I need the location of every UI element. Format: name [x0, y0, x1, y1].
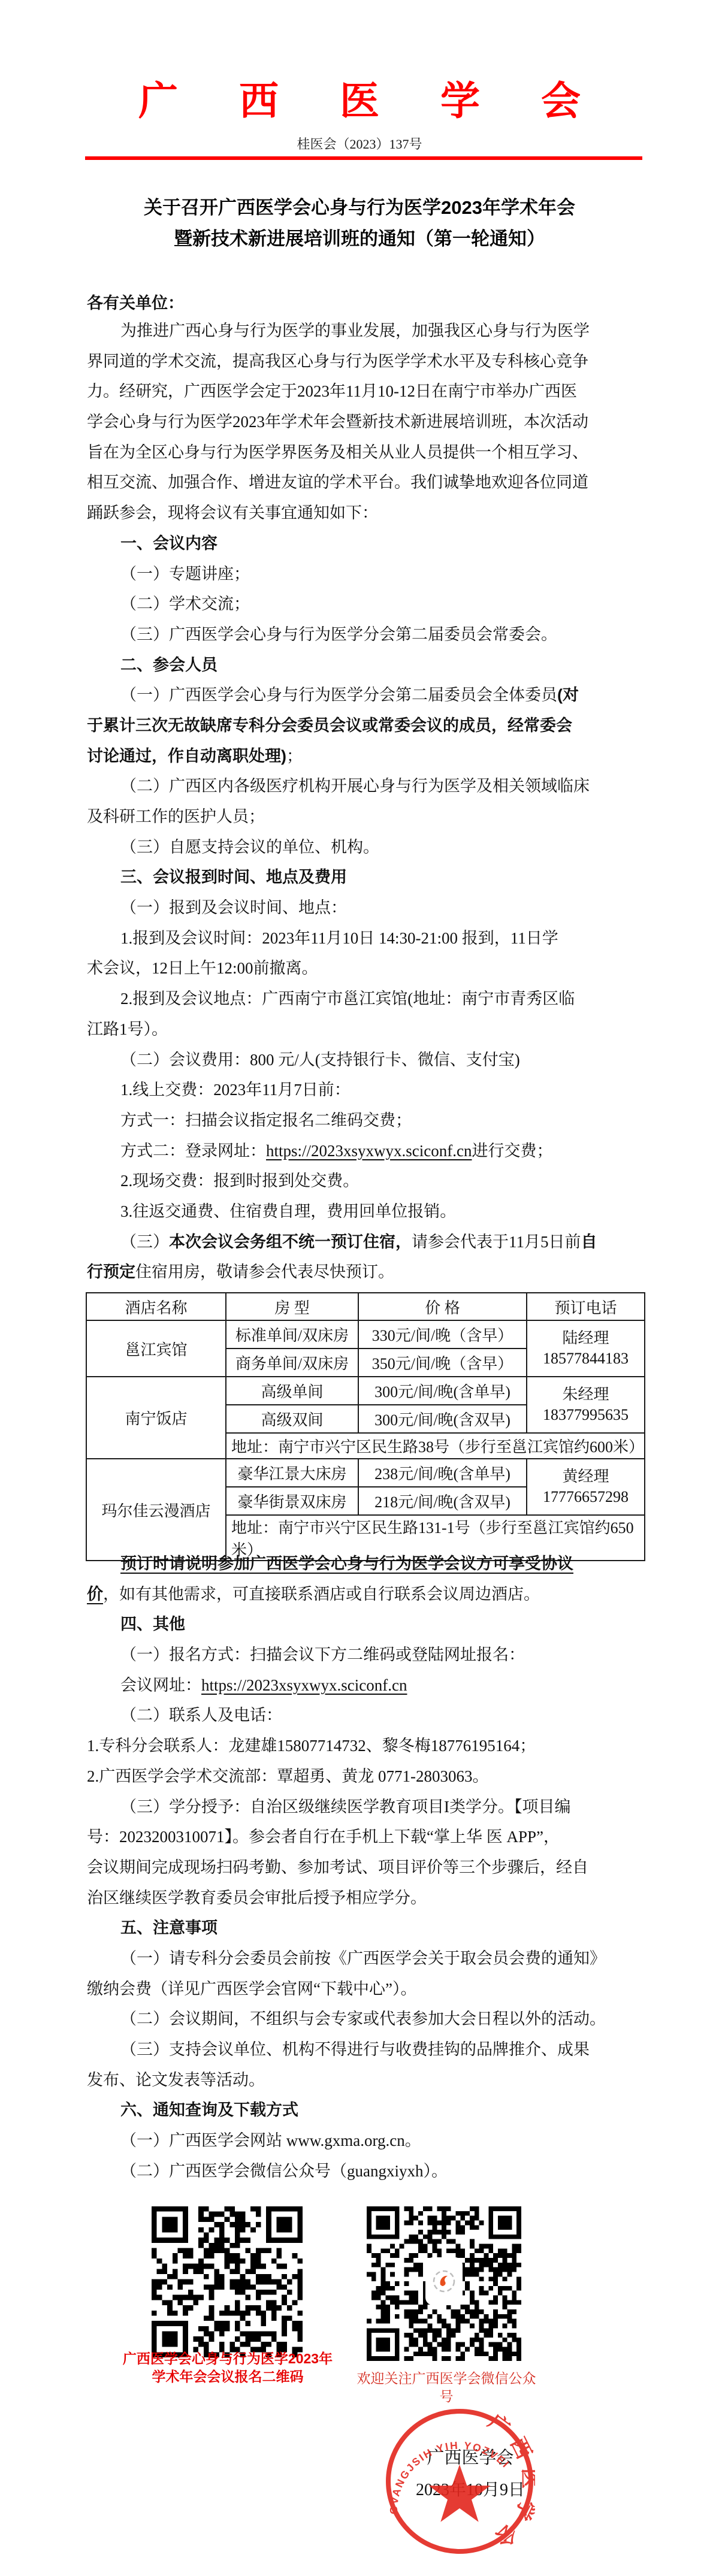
- text-segment: 为推进广西心身与行为医学的事业发展，加强我区心身与行为医学: [120, 322, 590, 340]
- seal-star-icon: [429, 2465, 491, 2522]
- body-line: （一）广西医学会心身与行为医学分会第二届委员会全体委员(对: [87, 680, 680, 710]
- letterhead: 广西医学会: [0, 79, 719, 122]
- conference-url-link[interactable]: https://2023xsyxwyx.sciconf.cn: [266, 1142, 472, 1160]
- room-type-cell: 高级双间: [226, 1405, 358, 1433]
- hotel-name-cell: 南宁饭店: [86, 1377, 226, 1459]
- room-type-cell: 高级单间: [226, 1377, 358, 1405]
- text-segment: 请参会代表于11月5日前: [412, 1233, 581, 1251]
- text-segment: （一）广西医学会网站 www.gxma.org.cn。: [120, 2131, 421, 2149]
- notice-title-line1: 关于召开广西医学会心身与行为医学2023年学术年会: [0, 192, 719, 223]
- body-line: 价，如有其他需求，可直接联系酒店或自行联系会议周边酒店。: [87, 1579, 680, 1610]
- body-line: （二）广西区内各级医疗机构开展心身与行为医学及相关领域临床: [87, 771, 680, 802]
- body-line: 力。经研究，广西医学会定于2023年11月10-12日在南宁市举办广西医: [87, 376, 680, 407]
- body-line: （一）报到及会议时间、地点：: [87, 893, 680, 923]
- text-segment: 方式一：扫描会议指定报名二维码交费；: [120, 1111, 412, 1129]
- body-line: 学会心身与行为医学2023年学术年会暨新技术新进展培训班，本次活动: [87, 407, 680, 437]
- body-line: 缴纳会费（详见广西医学会官网“下载中心”）。: [87, 1974, 680, 2004]
- text-segment: 方式二：登录网址：: [120, 1142, 266, 1160]
- text-segment: （一）报名方式：扫描会议下方二维码或登陆网址报名：: [120, 1646, 525, 1664]
- text-segment: 会议期间完成现场扫码考勤、参加考试、项目评价等三个步骤后，经自: [87, 1858, 588, 1876]
- table-header-row: 酒店名称房 型价 格预订电话: [86, 1293, 645, 1320]
- room-price-cell: 300元/间/晚(含双早): [358, 1405, 527, 1433]
- body-line: 相互交流、加强合作、增进友谊的学术平台。我们诚挚地欢迎各位同道: [87, 467, 680, 498]
- contact-name: 陆经理: [527, 1328, 644, 1349]
- text-segment: ；: [286, 747, 303, 765]
- text-segment: 发布、论文发表等活动。: [87, 2071, 265, 2089]
- text-segment: 缴纳会费（详见广西医学会官网“下载中心”）。: [87, 1980, 416, 1998]
- text-segment: 1.报到及会议时间：2023年11月10日 14:30-21:00 报到，11日…: [120, 929, 558, 947]
- body-line: 旨在为全区心身与行为医学界医务及相关从业人员提供一个相互学习、: [87, 437, 680, 468]
- body-section-2: 预订时请说明参加广西医学会心身与行为医学会议方可享受协议价，如有其他需求，可直接…: [87, 1549, 680, 2186]
- body-line: 踊跃参会，现将会议有关事宜通知如下：: [87, 498, 680, 528]
- contact-cell: 黄经理17776657298: [527, 1459, 645, 1515]
- table-row: 南宁饭店高级单间300元/间/晚(含单早)朱经理18377995635: [86, 1377, 645, 1405]
- room-price-cell: 350元/间/晚（含早）: [358, 1349, 527, 1377]
- text-segment: 江路1号）。: [87, 1020, 168, 1038]
- text-segment: 三、会议报到时间、地点及费用: [120, 868, 347, 886]
- body-line: 预订时请说明参加广西医学会心身与行为医学会议方可享受协议: [87, 1549, 680, 1579]
- text-segment: ，如有其他需求，可直接联系酒店或自行联系会议周边酒店。: [103, 1585, 540, 1603]
- body-line: （三）支持会议单位、机构不得进行与收费挂钩的品牌推介、成果: [87, 2034, 680, 2065]
- text-segment: （一）请专科分会委员会前按《广西医学会关于取会员会费的通知》: [120, 1949, 606, 1967]
- body-line: 方式二：登录网址：https://2023xsyxwyx.sciconf.cn进…: [87, 1136, 680, 1166]
- body-line: （二）联系人及电话：: [87, 1700, 680, 1731]
- text-segment: （二）联系人及电话：: [120, 1706, 282, 1724]
- room-type-cell: 豪华江景大床房: [226, 1459, 358, 1487]
- hotel-table: 酒店名称房 型价 格预订电话邕江宾馆标准单间/双床房330元/间/晚（含早）陆经…: [86, 1292, 645, 1561]
- body-line: 1.线上交费：2023年11月7日前：: [87, 1075, 680, 1105]
- body-line: 讨论通过，作自动离职处理)；: [87, 741, 680, 772]
- room-price-cell: 300元/间/晚(含单早): [358, 1377, 527, 1405]
- salutation: 各有关单位：: [87, 288, 184, 318]
- body-line: 2.报到及会议地点：广西南宁市邕江宾馆(地址：南宁市青秀区临: [87, 984, 680, 1014]
- text-segment: 力。经研究，广西医学会定于2023年11月10-12日在南宁市举办广西医: [87, 382, 577, 400]
- text-segment: 术会议，12日上午12:00前撤离。: [87, 959, 318, 977]
- text-segment: 讨论通过，作自动离职处理): [87, 747, 286, 765]
- registration-qr-code: [152, 2206, 303, 2357]
- body-line: 四、其他: [87, 1609, 680, 1640]
- contact-name: 黄经理: [527, 1467, 644, 1487]
- text-segment: （一）报到及会议时间、地点：: [120, 899, 347, 917]
- text-segment: （三）广西医学会心身与行为医学分会第二届委员会常委会。: [120, 625, 557, 643]
- body-line: 2.现场交费：报到时报到处交费。: [87, 1166, 680, 1196]
- text-segment: 行预定: [87, 1263, 135, 1281]
- body-line: 江路1号）。: [87, 1014, 680, 1045]
- svg-text:广西医学会: 广西医学会: [484, 2410, 535, 2556]
- hotel-table-wrap: 酒店名称房 型价 格预订电话邕江宾馆标准单间/双床房330元/间/晚（含早）陆经…: [86, 1292, 645, 1561]
- body-line: 术会议，12日上午12:00前撤离。: [87, 953, 680, 984]
- body-line: （一）报名方式：扫描会议下方二维码或登陆网址报名：: [87, 1640, 680, 1670]
- body-line: 六、通知查询及下载方式: [87, 2095, 680, 2125]
- body-line: （三）本次会议会务组不统一预订住宿，请参会代表于11月5日前自: [87, 1227, 680, 1257]
- body-line: （三）自愿支持会议的单位、机构。: [87, 832, 680, 863]
- association-emblem-icon: [432, 2269, 456, 2293]
- contact-name: 朱经理: [527, 1384, 644, 1405]
- official-seal: GVANGJSIH YIH YOZVEI 广西医学会: [384, 2407, 535, 2558]
- body-section-1: 为推进广西心身与行为医学的事业发展，加强我区心身与行为医学界同道的学术交流，提高…: [87, 316, 680, 1287]
- text-segment: 预订时请说明参加广西医学会心身与行为医学会议方可享受协议: [120, 1555, 573, 1573]
- text-segment: 住宿用房，敬请参会代表尽快预订。: [135, 1263, 394, 1281]
- table-header: 房 型: [226, 1293, 358, 1320]
- text-segment: 学会心身与行为医学2023年学术年会暨新技术新进展培训班，本次活动: [87, 413, 588, 431]
- body-line: 方式一：扫描会议指定报名二维码交费；: [87, 1105, 680, 1136]
- text-segment: (对: [557, 686, 579, 704]
- text-segment: （三）自愿支持会议的单位、机构。: [120, 838, 379, 856]
- text-segment: 及科研工作的医护人员；: [87, 808, 265, 826]
- text-segment: 相互交流、加强合作、增进友谊的学术平台。我们诚挚地欢迎各位同道: [87, 473, 588, 491]
- body-line: 会议期间完成现场扫码考勤、参加考试、项目评价等三个步骤后，经自: [87, 1852, 680, 1883]
- body-line: （二）学术交流；: [87, 589, 680, 619]
- text-segment: 2.报到及会议地点：广西南宁市邕江宾馆(地址：南宁市青秀区临: [120, 990, 575, 1008]
- body-line: 界同道的学术交流，提高我区心身与行为医学学术水平及专科核心竞争: [87, 346, 680, 377]
- body-line: （二）会议费用：800 元/人(支持银行卡、微信、支付宝): [87, 1045, 680, 1075]
- contact-phone: 18377995635: [527, 1405, 644, 1425]
- registration-qr-caption-line2: 学术年会会议报名二维码: [102, 2368, 354, 2385]
- table-row: 玛尔佳云漫酒店豪华江景大床房238元/间/晚(含单早)黄经理1777665729…: [86, 1459, 645, 1487]
- text-segment: （二）广西区内各级医疗机构开展心身与行为医学及相关领域临床: [120, 777, 590, 795]
- hotel-address-cell: 地址：南宁市兴宁区民生路38号（步行至邕江宾馆约600米）: [226, 1433, 645, 1459]
- body-line: 三、会议报到时间、地点及费用: [87, 862, 680, 893]
- text-segment: 六、通知查询及下载方式: [120, 2101, 298, 2119]
- body-line: 会议网址：https://2023xsyxwyx.sciconf.cn: [87, 1670, 680, 1701]
- body-line: 及科研工作的医护人员；: [87, 802, 680, 832]
- text-segment: 五、注意事项: [120, 1919, 217, 1937]
- body-line: 行预定住宿用房，敬请参会代表尽快预订。: [87, 1257, 680, 1287]
- text-segment: 价: [87, 1585, 103, 1603]
- contact-phone: 18577844183: [527, 1349, 644, 1369]
- notice-document: { "colors": { "accent_red": "#fe0000", "…: [0, 0, 719, 2576]
- text-segment: （三）: [120, 1233, 169, 1251]
- body-line: 一、会议内容: [87, 528, 680, 559]
- text-segment: 号：2023200310071】。参会者自行在手机上下载“掌上华 医 APP”，: [87, 1828, 560, 1846]
- text-segment: （二）会议费用：800 元/人(支持银行卡、微信、支付宝): [120, 1051, 520, 1069]
- body-line: 为推进广西心身与行为医学的事业发展，加强我区心身与行为医学: [87, 316, 680, 346]
- text-segment: 3.往返交通费、住宿费自理，费用回单位报销。: [120, 1202, 456, 1220]
- body-line: 2.广西医学会学术交流部：覃超勇、黄龙 0771-2803063。: [87, 1761, 680, 1792]
- body-line: （三）学分授予：自治区级继续医学教育项目I类学分。【项目编: [87, 1792, 680, 1822]
- contact-cell: 朱经理18377995635: [527, 1377, 645, 1433]
- text-segment: 会议网址：: [120, 1676, 201, 1694]
- body-line: 发布、论文发表等活动。: [87, 2065, 680, 2096]
- body-line: 1.专科分会联系人：龙建雄15807714732、黎冬梅18776195164；: [87, 1731, 680, 1761]
- text-segment: （二）广西医学会微信公众号（guangxiyxh）。: [120, 2162, 448, 2180]
- contact-phone: 17776657298: [527, 1487, 644, 1507]
- text-segment: 2.现场交费：报到时报到处交费。: [120, 1172, 359, 1190]
- table-header: 预订电话: [527, 1293, 645, 1320]
- text-segment: 2.广西医学会学术交流部：覃超勇、黄龙 0771-2803063。: [87, 1767, 489, 1785]
- body-line: 治区继续医学教育委员会审批后授予相应学分。: [87, 1883, 680, 1913]
- hotel-name-cell: 邕江宾馆: [86, 1320, 226, 1377]
- text-segment: （一）专题讲座；: [120, 565, 250, 583]
- registration-qr-caption-line1: 广西医学会心身与行为医学2023年: [102, 2350, 354, 2368]
- text-segment: （二）学术交流；: [120, 595, 250, 613]
- table-header: 价 格: [358, 1293, 527, 1320]
- text-segment: 一、会议内容: [120, 534, 217, 552]
- body-line: 于累计三次无故缺席专科分会委员会议或常委会议的成员，经常委会: [87, 710, 680, 741]
- text-segment: 二、参会人员: [120, 656, 217, 674]
- table-row: 邕江宾馆标准单间/双床房330元/间/晚（含早）陆经理18577844183: [86, 1320, 645, 1349]
- body-line: 二、参会人员: [87, 650, 680, 681]
- text-segment: 本次会议会务组不统一预订住宿，: [169, 1233, 412, 1251]
- body-line: 1.报到及会议时间：2023年11月10日 14:30-21:00 报到，11日…: [87, 923, 680, 954]
- text-segment: 于累计三次无故缺席专科分会委员会议或常委会议的成员，经常委会: [87, 716, 572, 734]
- room-type-cell: 商务单间/双床房: [226, 1349, 358, 1377]
- text-segment: （一）广西医学会心身与行为医学分会第二届委员会全体委员: [120, 686, 557, 704]
- text-segment: 界同道的学术交流，提高我区心身与行为医学学术水平及专科核心竞争: [87, 352, 588, 370]
- body-line: （三）广西医学会心身与行为医学分会第二届委员会常委会。: [87, 619, 680, 650]
- room-type-cell: 标准单间/双床房: [226, 1320, 358, 1349]
- text-segment: 旨在为全区心身与行为医学界医务及相关从业人员提供一个相互学习、: [87, 443, 588, 461]
- body-line: （二）广西医学会微信公众号（guangxiyxh）。: [87, 2156, 680, 2187]
- notice-title: 关于召开广西医学会心身与行为医学2023年学术年会 暨新技术新进展培训班的通知（…: [0, 192, 719, 255]
- conference-url-link[interactable]: https://2023xsyxwyx.sciconf.cn: [201, 1676, 407, 1694]
- body-line: （二）会议期间，不组织与会专家或代表参加大会日程以外的活动。: [87, 2004, 680, 2034]
- text-segment: 进行交费；: [472, 1142, 552, 1160]
- text-segment: 治区继续医学教育委员会审批后授予相应学分。: [87, 1889, 427, 1907]
- hotel-name-cell: 玛尔佳云漫酒店: [86, 1459, 226, 1561]
- room-price-cell: 330元/间/晚（含早）: [358, 1320, 527, 1349]
- body-line: （一）专题讲座；: [87, 559, 680, 589]
- seal-cn-text: 广西医学会: [484, 2410, 535, 2556]
- text-segment: 1.专科分会联系人：龙建雄15807714732、黎冬梅18776195164；: [87, 1737, 536, 1755]
- text-segment: 自: [581, 1233, 597, 1251]
- body-line: （一）请专科分会委员会前按《广西医学会关于取会员会费的通知》: [87, 1943, 680, 1974]
- room-price-cell: 218元/间/晚(含双早): [358, 1487, 527, 1515]
- body-line: 3.往返交通费、住宿费自理，费用回单位报销。: [87, 1196, 680, 1227]
- contact-cell: 陆经理18577844183: [527, 1320, 645, 1377]
- doc-number: 桂医会（2023）137号: [0, 135, 719, 153]
- text-segment: 踊跃参会，现将会议有关事宜通知如下：: [87, 504, 378, 522]
- room-price-cell: 238元/间/晚(含单早): [358, 1459, 527, 1487]
- text-segment: （三）支持会议单位、机构不得进行与收费挂钩的品牌推介、成果: [120, 2040, 590, 2058]
- body-line: 号：2023200310071】。参会者自行在手机上下载“掌上华 医 APP”，: [87, 1822, 680, 1852]
- org-name: 广西医学会: [138, 79, 642, 122]
- text-segment: （二）会议期间，不组织与会专家或代表参加大会日程以外的活动。: [120, 2010, 606, 2028]
- body-line: 五、注意事项: [87, 1913, 680, 1943]
- body-line: （一）广西医学会网站 www.gxma.org.cn。: [87, 2125, 680, 2156]
- text-segment: 1.线上交费：2023年11月7日前：: [120, 1081, 351, 1099]
- notice-title-line2: 暨新技术新进展培训班的通知（第一轮通知）: [0, 223, 719, 255]
- wechat-qr-wrap: [367, 2206, 521, 2361]
- room-type-cell: 豪华街景双床房: [226, 1487, 358, 1515]
- wechat-qr-caption: 欢迎关注广西医学会微信公众号: [351, 2370, 542, 2406]
- text-segment: （三）学分授予：自治区级继续医学教育项目I类学分。【项目编: [120, 1798, 571, 1816]
- table-header: 酒店名称: [86, 1293, 226, 1320]
- wechat-qr-logo: [427, 2259, 461, 2303]
- red-rule-divider: [85, 156, 642, 160]
- registration-qr-caption: 广西医学会心身与行为医学2023年 学术年会会议报名二维码: [102, 2350, 354, 2385]
- text-segment: 四、其他: [120, 1615, 185, 1633]
